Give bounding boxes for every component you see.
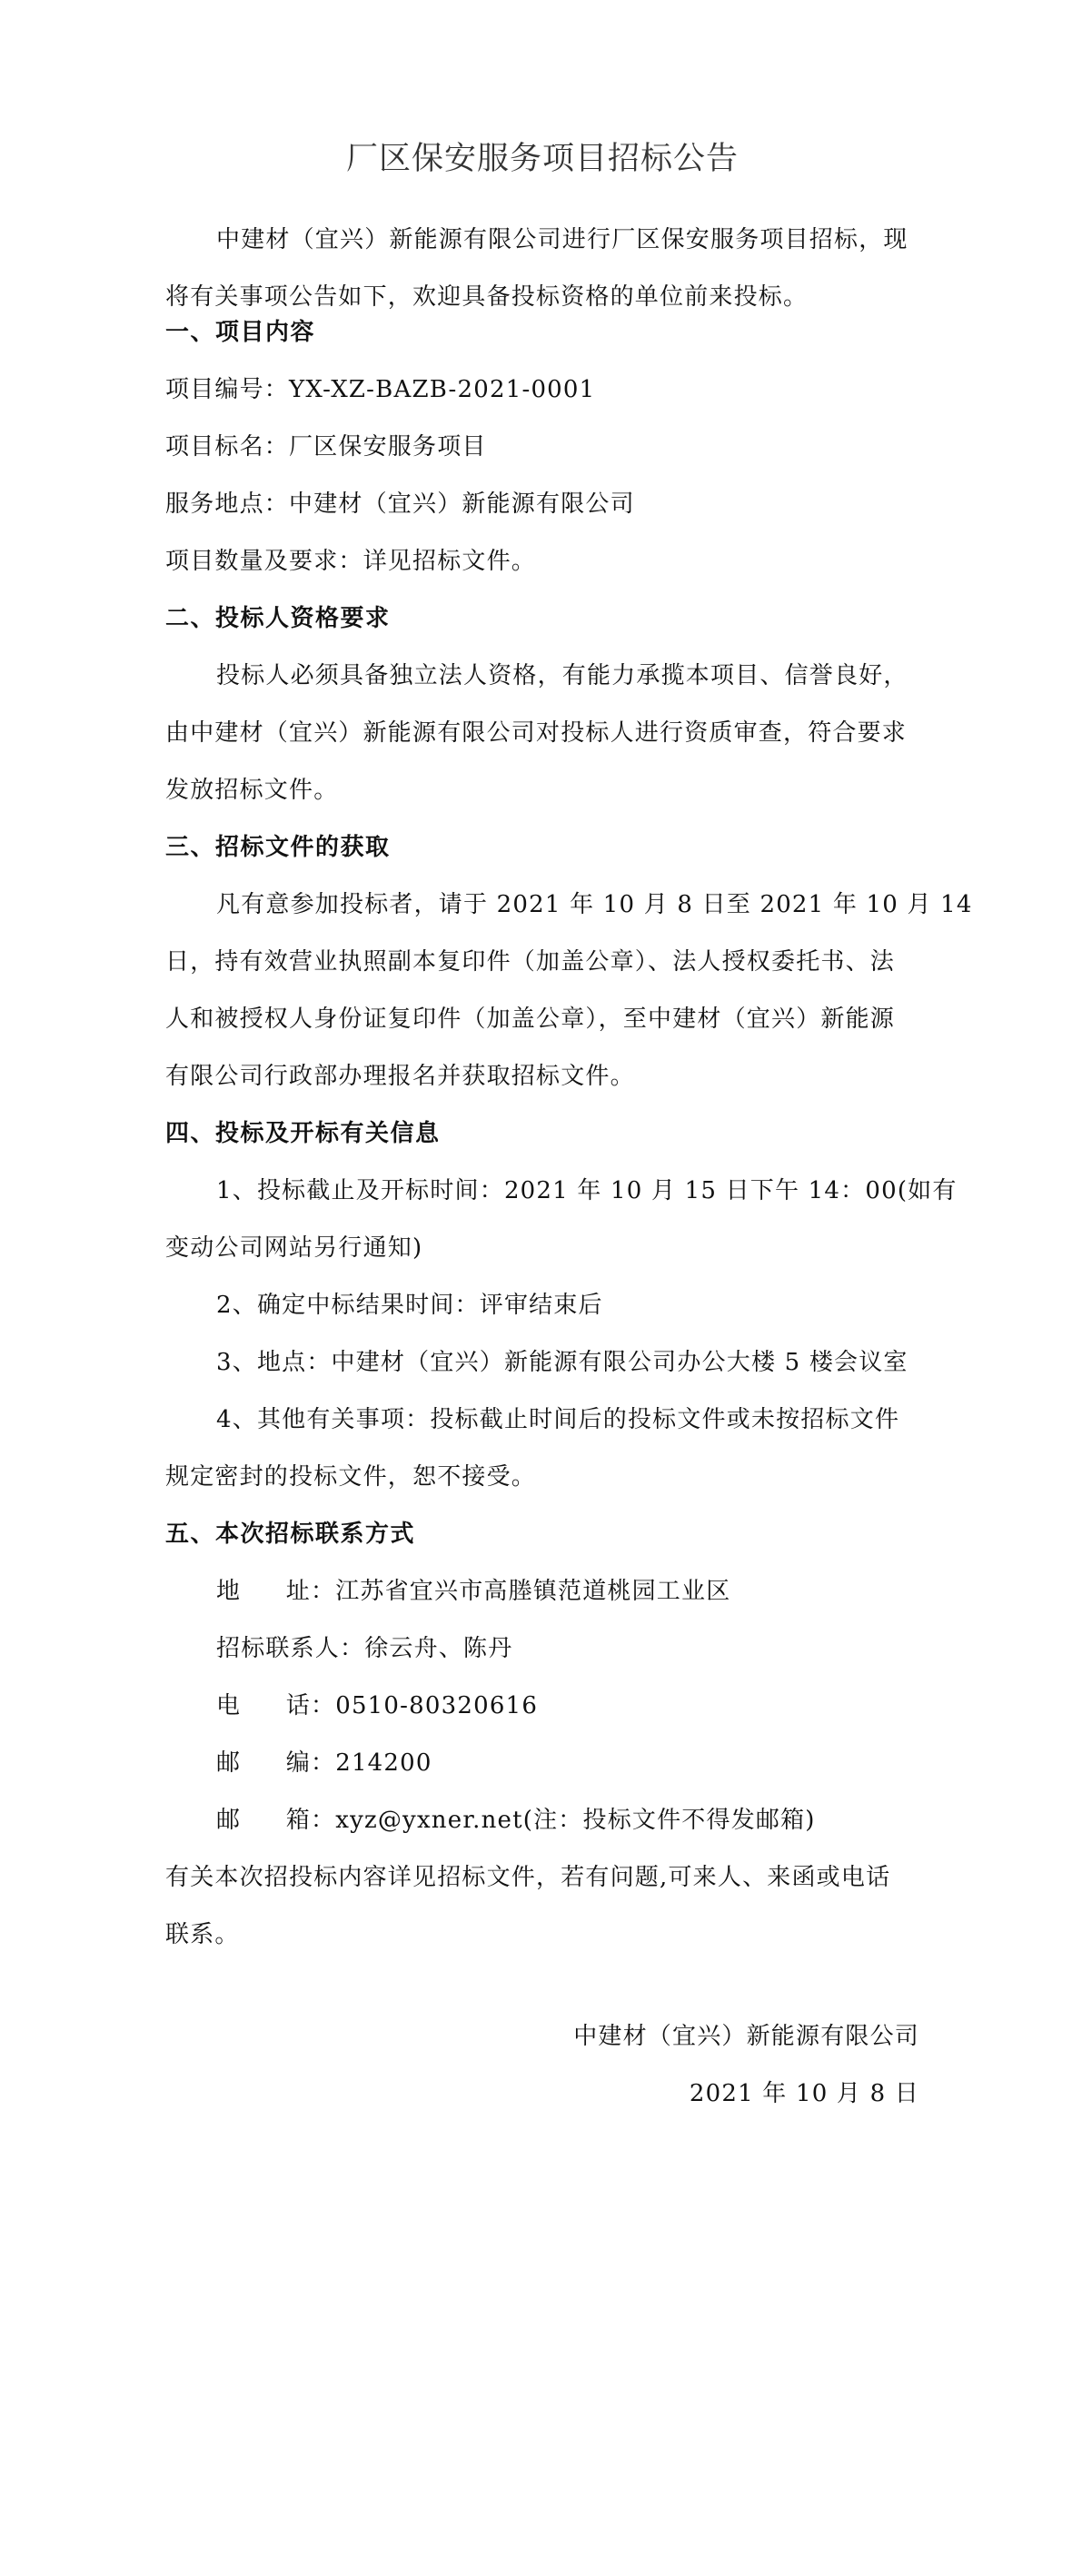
contact-phone-label: 电话 [216, 1688, 311, 1724]
bid-deadline-line-2: 变动公司网站另行通知) [165, 1230, 919, 1266]
other-matters-line-2: 规定密封的投标文件，恕不接受。 [165, 1459, 919, 1495]
award-time: 2、确定中标结果时间：评审结束后 [165, 1287, 970, 1323]
closing-line-1: 有关本次招投标内容详见招标文件，若有问题,可来人、来函或电话 [165, 1859, 919, 1896]
obtain-line-2: 日，持有效营业执照副本复印件（加盖公章）、法人授权委托书、法 [165, 944, 919, 980]
section-heading-obtain-documents: 三、招标文件的获取 [165, 829, 919, 866]
contact-postcode: 邮编：214200 [165, 1745, 970, 1781]
contact-person-label: 招标联系人 [216, 1635, 340, 1662]
signature-company: 中建材（宜兴）新能源有限公司 [165, 2018, 919, 2055]
closing-line-2: 联系。 [165, 1917, 919, 1953]
section-heading-contact: 五、本次招标联系方式 [165, 1516, 919, 1552]
contact-email: 邮箱：xyz@yxner.net(注：投标文件不得发邮箱) [165, 1802, 970, 1838]
project-number: 项目编号：YX-XZ-BAZB-2021-0001 [165, 372, 919, 408]
contact-postcode-value: ：214200 [311, 1749, 432, 1777]
section-heading-project-content: 一、项目内容 [165, 314, 919, 351]
obtain-line-4: 有限公司行政部办理报名并获取招标文件。 [165, 1058, 919, 1095]
obtain-line-1: 凡有意参加投标者，请于 2021 年 10 月 8 日至 2021 年 10 月… [165, 887, 970, 923]
signature-date: 2021 年 10 月 8 日 [165, 2076, 919, 2112]
contact-address: 地址：江苏省宜兴市高塍镇范道桃园工业区 [165, 1573, 970, 1610]
other-matters-line-1: 4、其他有关事项：投标截止时间后的投标文件或未按招标文件 [165, 1402, 970, 1438]
intro-line-2: 将有关事项公告如下，欢迎具备投标资格的单位前来投标。 [165, 279, 919, 315]
project-quantity: 项目数量及要求：详见招标文件。 [165, 543, 919, 580]
contact-phone-value: ：0510-80320616 [311, 1692, 538, 1719]
document-title: 厂区保安服务项目招标公告 [165, 136, 919, 182]
intro-line-1: 中建材（宜兴）新能源有限公司进行厂区保安服务项目招标，现 [165, 222, 970, 258]
contact-phone: 电话：0510-80320616 [165, 1688, 970, 1724]
contact-address-label: 地址 [216, 1573, 311, 1610]
contact-email-label: 邮箱 [216, 1802, 311, 1838]
contact-postcode-label: 邮编 [216, 1745, 311, 1781]
contact-person: 招标联系人：徐云舟、陈丹 [165, 1630, 970, 1667]
qualification-line-3: 发放招标文件。 [165, 772, 919, 808]
qualification-line-2: 由中建材（宜兴）新能源有限公司对投标人进行资质审查，符合要求 [165, 715, 919, 751]
bid-deadline-line-1: 1、投标截止及开标时间：2021 年 10 月 15 日下午 14：00(如有 [165, 1173, 970, 1209]
section-heading-bid-opening: 四、投标及开标有关信息 [165, 1115, 919, 1152]
section-heading-qualification: 二、投标人资格要求 [165, 600, 919, 637]
project-name: 项目标名：厂区保安服务项目 [165, 429, 919, 465]
bid-location: 3、地点：中建材（宜兴）新能源有限公司办公大楼 5 楼会议室 [165, 1344, 970, 1381]
qualification-line-1: 投标人必须具备独立法人资格，有能力承揽本项目、信誉良好， [165, 658, 970, 694]
contact-email-value[interactable]: ：xyz@yxner.net(注：投标文件不得发邮箱) [311, 1807, 816, 1834]
contact-person-value: ：徐云舟、陈丹 [340, 1635, 512, 1662]
service-location: 服务地点：中建材（宜兴）新能源有限公司 [165, 486, 919, 522]
contact-address-value: ：江苏省宜兴市高塍镇范道桃园工业区 [311, 1578, 730, 1605]
obtain-line-3: 人和被授权人身份证复印件（加盖公章），至中建材（宜兴）新能源 [165, 1001, 919, 1037]
